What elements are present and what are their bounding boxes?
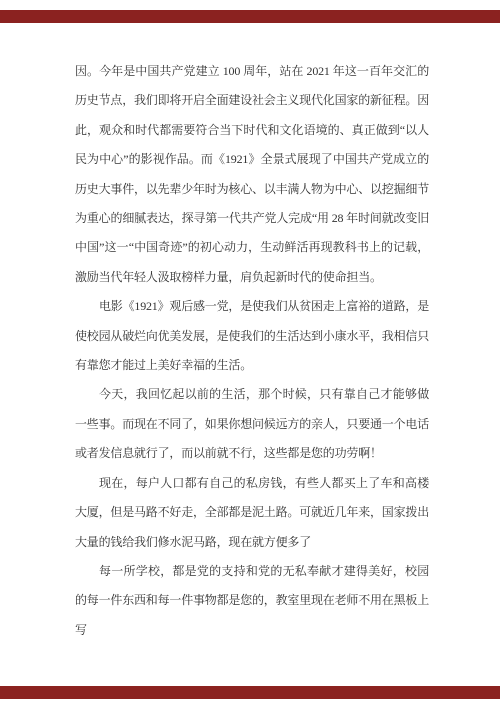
paragraph: 因。今年是中国共产党建立 100 周年，站在 2021 年这一百年交汇的历史节点… <box>75 57 429 292</box>
paragraph: 电影《1921》观后感一党，是使我们从贫困走上富裕的道路，是使校园从破烂向优美发… <box>75 292 429 380</box>
paragraph: 今天，我回忆起以前的生活，那个时候，只有靠自己才能够做一些事。而现在不同了，如果… <box>75 380 429 468</box>
bottom-border-bar <box>0 686 500 699</box>
document-body: 因。今年是中国共产党建立 100 周年，站在 2021 年这一百年交汇的历史节点… <box>75 57 429 645</box>
paragraph: 现在，每户人口都有自己的私房钱，有些人都买上了车和高楼大厦，但是马路不好走，全部… <box>75 469 429 557</box>
document-page: 因。今年是中国共产党建立 100 周年，站在 2021 年这一百年交汇的历史节点… <box>0 0 500 707</box>
paragraph: 每一所学校，都是党的支持和党的无私奉献才建得美好，校园的每一件东西和每一件事物都… <box>75 557 429 645</box>
top-border-bar <box>0 10 500 23</box>
